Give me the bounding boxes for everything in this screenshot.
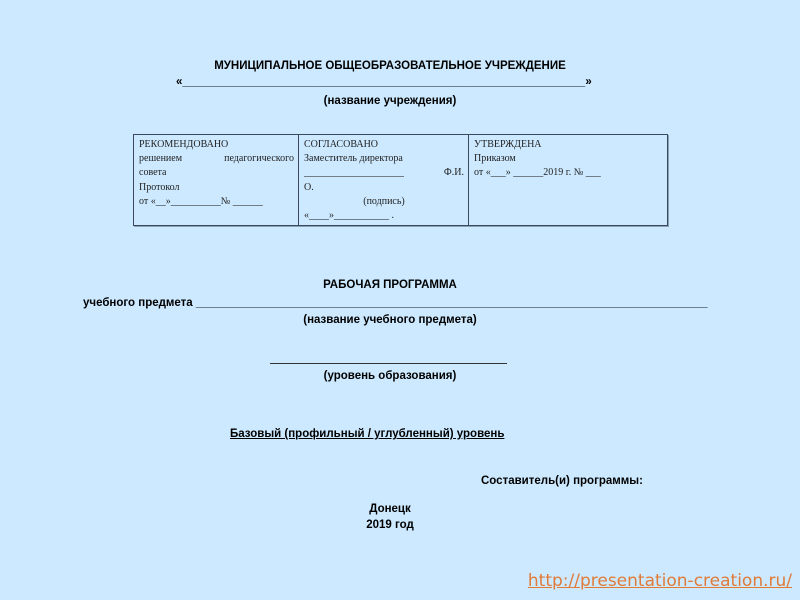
subject-caption: (название учебного предмета) xyxy=(0,314,780,326)
recommended-line1: решением педагогического xyxy=(139,152,294,166)
agreed-line3: О. xyxy=(304,181,464,195)
authors-label: Составитель(и) программы: xyxy=(481,475,643,487)
agreed-cell: СОГЛАСОВАНО Заместитель директора ______… xyxy=(298,135,468,225)
year: 2019 год xyxy=(0,519,780,531)
agreed-signature-blank: ____________________ xyxy=(304,166,404,180)
education-level-caption: (уровень образования) xyxy=(0,370,780,382)
agreed-initials: Ф.И. xyxy=(444,166,464,180)
agreed-signature-caption: (подпись) xyxy=(304,195,464,209)
org-name-blank: «_______________________________________… xyxy=(176,76,606,88)
agreed-line1: Заместитель директора xyxy=(304,152,464,166)
recommended-line1-left: решением xyxy=(139,152,182,166)
education-level-blank xyxy=(270,363,507,364)
program-title: РАБОЧАЯ ПРОГРАММА xyxy=(0,279,780,291)
recommended-line3: Протокол xyxy=(139,181,294,195)
recommended-line2: совета xyxy=(139,166,294,180)
approved-line1: Приказом xyxy=(474,152,663,166)
org-title: МУНИЦИПАЛЬНОЕ ОБЩЕОБРАЗОВАТЕЛЬНОЕ УЧРЕЖД… xyxy=(0,60,780,72)
subject-line: учебного предмета ______________________… xyxy=(83,297,708,309)
agreed-line2: ____________________ Ф.И. xyxy=(304,166,464,180)
org-caption: (название учреждения) xyxy=(0,95,780,107)
recommended-line1-right: педагогического xyxy=(224,152,294,166)
agreed-date-line: «____»___________ . xyxy=(304,209,464,223)
recommended-line4: от «__»__________№ ______ xyxy=(139,195,294,209)
city: Донецк xyxy=(0,503,780,515)
approval-table: РЕКОМЕНДОВАНО решением педагогического с… xyxy=(133,134,668,226)
approved-line2: от «___» ______2019 г. № ___ xyxy=(474,166,663,180)
level-type: Базовый (профильный / углубленный) урове… xyxy=(230,428,504,440)
recommended-heading: РЕКОМЕНДОВАНО xyxy=(139,138,294,152)
approved-cell: УТВЕРЖДЕНА Приказом от «___» ______2019 … xyxy=(468,135,667,225)
agreed-heading: СОГЛАСОВАНО xyxy=(304,138,464,152)
source-link[interactable]: http://presentation-creation.ru/ xyxy=(528,571,792,591)
approved-heading: УТВЕРЖДЕНА xyxy=(474,138,663,152)
recommended-cell: РЕКОМЕНДОВАНО решением педагогического с… xyxy=(134,135,298,225)
